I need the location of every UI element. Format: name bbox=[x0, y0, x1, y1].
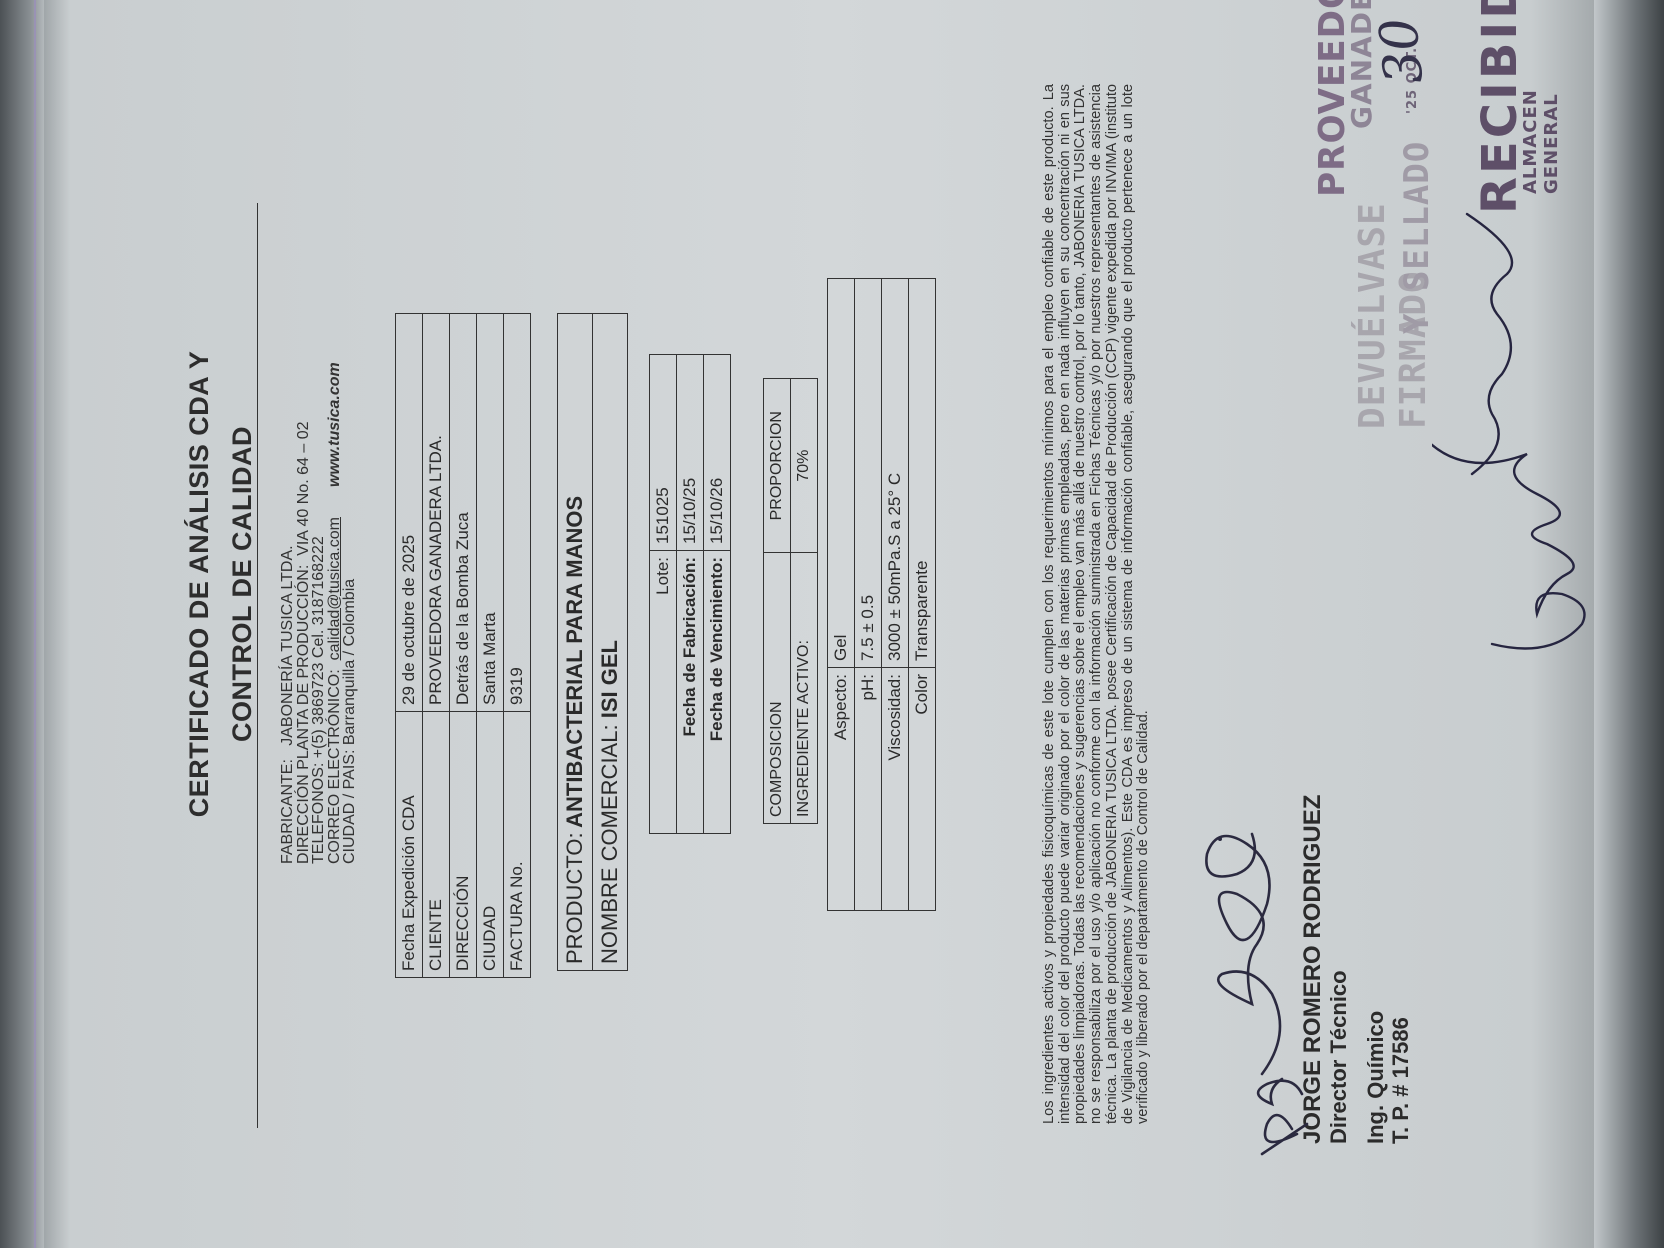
signer-license: T. P. # 17586 bbox=[1388, 795, 1413, 1144]
manufacturer-value: JABONERÍA TUSICA LTDA. bbox=[279, 545, 296, 745]
product-table: PRODUCTO: ANTIBACTERIAL PARA MANOS NOMBR… bbox=[557, 313, 628, 971]
city-row: CIUDAD / PAIS: Barranquilla / Colombia bbox=[342, 362, 358, 864]
signer-name: JORGE ROMERO RODRIGUEZ bbox=[1300, 795, 1326, 1144]
viscosity-label: Viscosidad: bbox=[882, 668, 909, 911]
disclaimer-paragraph: Los ingredientes activos y propiedades f… bbox=[1042, 84, 1152, 1124]
composition-table: COMPOSICIONPROPORCION INGREDIENTE ACTIVO… bbox=[763, 378, 818, 824]
city-value: Santa Marta bbox=[477, 314, 504, 712]
email-link[interactable]: calidad@tusica.com bbox=[326, 517, 343, 660]
table-header-row: COMPOSICIONPROPORCION bbox=[764, 379, 791, 824]
manufacture-date-label: Fecha de Fabricación: bbox=[677, 551, 704, 834]
table-row: Viscosidad:3000 ± 50mPa.S a 25° C bbox=[882, 279, 909, 911]
product-cell: PRODUCTO: ANTIBACTERIAL PARA MANOS bbox=[558, 314, 593, 971]
specifications-table: Aspecto:Gel pH:7.5 ± 0.5 Viscosidad:3000… bbox=[827, 278, 936, 911]
certificate-page: CERTIFICADO DE ANÁLISIS CDA Y CONTROL DE… bbox=[52, 24, 1612, 1224]
trade-name-label: NOMBRE COMERCIAL: bbox=[597, 724, 622, 964]
document-title-line2: CONTROL DE CALIDAD bbox=[227, 24, 258, 1144]
color-label: Color bbox=[909, 668, 936, 911]
active-ingredient-label: INGREDIENTE ACTIVO: bbox=[791, 553, 818, 824]
table-row: FACTURA No.9319 bbox=[504, 314, 531, 978]
table-row: Aspecto:Gel bbox=[828, 279, 855, 911]
city-label: CIUDAD / PAIS: bbox=[341, 750, 358, 864]
table-row: ColorTransparente bbox=[909, 279, 936, 911]
signer-role: Director Técnico bbox=[1326, 795, 1351, 1144]
invoice-label: FACTURA No. bbox=[504, 712, 531, 978]
city-value: Barranquilla / Colombia bbox=[341, 579, 358, 745]
city-label: CIUDAD bbox=[477, 712, 504, 978]
phones-row: TELEFONOS: +(5) 3869723 Cel. 3187168222 bbox=[311, 362, 327, 864]
plant-address-label: DIRECCIÓN PLANTA DE PRODUCCIÓN: bbox=[295, 565, 312, 864]
receiver-signature bbox=[1432, 194, 1602, 664]
stamp-almacen-general: ALMACEN GENERAL bbox=[1520, 24, 1562, 194]
appearance-label: Aspecto: bbox=[828, 668, 855, 911]
manufacture-date-value: 15/10/25 bbox=[677, 355, 704, 551]
manufacturer-row: FABRICANTE: JABONERÍA TUSICA LTDA. bbox=[280, 362, 296, 864]
appearance-value: Gel bbox=[828, 279, 855, 668]
phones-value: +(5) 3869723 Cel. 3187168222 bbox=[310, 536, 327, 758]
issue-date-label: Fecha Expedición CDA bbox=[396, 712, 423, 978]
email-row: CORREO ELECTRÓNICO: calidad@tusica.comww… bbox=[327, 362, 343, 864]
trade-name-cell: NOMBRE COMERCIAL: ISI GEL bbox=[593, 314, 628, 971]
color-value: Transparente bbox=[909, 279, 936, 668]
table-row: PRODUCTO: ANTIBACTERIAL PARA MANOS bbox=[558, 314, 593, 971]
handwritten-day: 30 bbox=[1369, 15, 1436, 87]
lot-value: 151025 bbox=[650, 355, 677, 551]
client-table: Fecha Expedición CDA29 de octubre de 202… bbox=[395, 313, 531, 978]
table-row: Fecha Expedición CDA29 de octubre de 202… bbox=[396, 314, 423, 978]
table-row: Fecha de Fabricación:15/10/25 bbox=[677, 355, 704, 834]
table-row: CIUDADSanta Marta bbox=[477, 314, 504, 978]
issue-date-value: 29 de octubre de 2025 bbox=[396, 314, 423, 712]
stamp-sellado: Y SELLADO bbox=[1397, 141, 1437, 334]
website-link[interactable]: www.tusica.com bbox=[326, 362, 343, 487]
expiry-date-label: Fecha de Vencimiento: bbox=[704, 551, 731, 834]
binder-edge bbox=[0, 0, 44, 1248]
binder-edge-line bbox=[34, 0, 36, 1248]
product-value: ANTIBACTERIAL PARA MANOS bbox=[562, 496, 587, 828]
client-label: CLIENTE bbox=[423, 712, 450, 978]
signer-title: Ing. Químico bbox=[1363, 795, 1388, 1144]
plant-address-value: VIA 40 No. 64 – 02 bbox=[295, 421, 312, 555]
address-value: Detrás de la Bomba Zuca bbox=[450, 314, 477, 712]
viscosity-value: 3000 ± 50mPa.S a 25° C bbox=[882, 279, 909, 668]
document-title-line1: CERTIFICADO DE ANÁLISIS CDA Y bbox=[184, 24, 215, 1144]
table-row: CLIENTEPROVEEDORA GANADERA LTDA. bbox=[423, 314, 450, 978]
title-divider bbox=[257, 203, 258, 1128]
ph-label: pH: bbox=[855, 668, 882, 911]
table-row: pH:7.5 ± 0.5 bbox=[855, 279, 882, 911]
ph-value: 7.5 ± 0.5 bbox=[855, 279, 882, 668]
address-label: DIRECCIÓN bbox=[450, 712, 477, 978]
table-row: Fecha de Vencimiento:15/10/26 bbox=[704, 355, 731, 834]
expiry-date-value: 15/10/26 bbox=[704, 355, 731, 551]
lot-label: Lote: bbox=[650, 551, 677, 834]
signer-block: JORGE ROMERO RODRIGUEZ Director Técnico … bbox=[1300, 795, 1413, 1144]
lot-table: Lote:151025 Fecha de Fabricación:15/10/2… bbox=[649, 354, 731, 834]
invoice-value: 9319 bbox=[504, 314, 531, 712]
product-label: PRODUCTO: bbox=[562, 834, 588, 964]
table-row: DIRECCIÓNDetrás de la Bomba Zuca bbox=[450, 314, 477, 978]
composition-header: COMPOSICION bbox=[764, 553, 791, 824]
table-row: INGREDIENTE ACTIVO:70% bbox=[791, 379, 818, 824]
company-info: FABRICANTE: JABONERÍA TUSICA LTDA. DIREC… bbox=[280, 362, 358, 864]
active-ingredient-value: 70% bbox=[791, 379, 818, 553]
trade-name-value: ISI GEL bbox=[597, 640, 622, 718]
plant-address-row: DIRECCIÓN PLANTA DE PRODUCCIÓN: VIA 40 N… bbox=[296, 362, 312, 864]
phones-label: TELEFONOS: bbox=[310, 763, 327, 864]
proportion-header: PROPORCION bbox=[764, 379, 791, 553]
email-label: CORREO ELECTRÓNICO: bbox=[326, 669, 343, 864]
table-row: NOMBRE COMERCIAL: ISI GEL bbox=[593, 314, 628, 971]
manufacturer-label: FABRICANTE: bbox=[279, 759, 296, 864]
table-row: Lote:151025 bbox=[650, 355, 677, 834]
client-value: PROVEEDORA GANADERA LTDA. bbox=[423, 314, 450, 712]
